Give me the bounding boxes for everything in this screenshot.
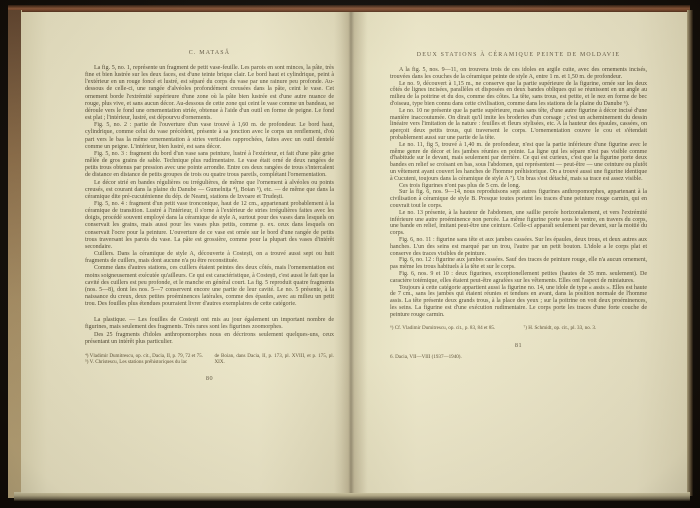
- right-page-footnotes: ⁶) Cf. Vladimir Dumitrescu, op. cit., p.…: [390, 325, 647, 331]
- paragraph: Le décor strié en bandes régulières ou i…: [85, 180, 334, 201]
- left-page-footnotes: ⁴) Vladimir Dumitrescu, op. cit., Dacia,…: [85, 353, 334, 365]
- running-header-right: DEUX STATIONS À CÉRAMIQUE PEINTE DE MOLD…: [390, 52, 647, 58]
- footnote: de Boian, dans Dacia, II, p. 173, pl. XV…: [215, 353, 335, 365]
- footnotes-column-2: ⁷) H. Schmidt, op. cit., pl. 33, no. 3.: [524, 325, 648, 331]
- left-page: C. MATASĂ La fig. 5, no. 1, représente u…: [21, 12, 350, 493]
- printer-signature: 6. Dacia, VII—VIII (1937—1940).: [390, 354, 647, 360]
- footnote: ⁷) H. Schmidt, op. cit., pl. 33, no. 3.: [524, 325, 648, 331]
- paragraph: Fig. 6, nos. 9 et 10 : deux figurines, e…: [390, 271, 647, 285]
- paragraph: Fig. 6, no. 11 : figurine sans tête et a…: [390, 237, 647, 257]
- right-page-content: DEUX STATIONS À CÉRAMIQUE PEINTE DE MOLD…: [390, 52, 647, 360]
- right-page: DEUX STATIONS À CÉRAMIQUE PEINTE DE MOLD…: [350, 12, 687, 493]
- book-cover-left-edge: [8, 10, 22, 498]
- paragraph: Toujours à cette catégorie appartient au…: [390, 285, 647, 319]
- paragraph: A la fig. 5, nos. 9—11, on trouvera troi…: [390, 67, 647, 81]
- paragraph: Des 25 fragments d'idoles anthropomorphe…: [85, 332, 334, 346]
- paragraph: Fig. 5, no. 2 : partie de l'ouverture d'…: [85, 122, 334, 151]
- paragraph: Fig. 5, no. 3 : fragment du bord d'un va…: [85, 151, 334, 180]
- footnote: ⁶) Cf. Vladimir Dumitrescu, op. cit., p.…: [390, 325, 514, 331]
- left-page-content: C. MATASĂ La fig. 5, no. 1, représente u…: [85, 50, 334, 382]
- paragraph: Fig. 6, no. 12 : figurine aux jambes cas…: [390, 257, 647, 271]
- running-header-left: C. MATASĂ: [85, 50, 334, 56]
- right-page-body: A la fig. 5, nos. 9—11, on trouvera troi…: [390, 67, 647, 318]
- page-block-right-edge: [687, 10, 693, 496]
- paragraph: Le no. 10 ne présente que la partie supé…: [390, 108, 647, 142]
- page-block-bottom-edge: [14, 492, 690, 501]
- page-number-left: 80: [85, 375, 334, 382]
- left-page-plastique-section: La plastique. — Les fouilles de Costești…: [85, 317, 334, 346]
- footnotes-column-1: ⁶) Cf. Vladimir Dumitrescu, op. cit., p.…: [390, 325, 514, 331]
- paragraph: Fig. 5, no. 4 : fragment d'un petit vase…: [85, 201, 334, 251]
- footnote: ⁵) V. Christescu, Les stations préhistor…: [85, 359, 205, 365]
- paragraph: Le no. 9, découvert à 1,15 m., ne conser…: [390, 81, 647, 108]
- paragraph: Le no. 11, fig 5, trouvé à 1,40 m. de pr…: [390, 142, 647, 183]
- paragraph: Sur la fig. 6, nos. 9—14, nous reproduis…: [390, 189, 647, 209]
- paragraph: La plastique. — Les fouilles de Costești…: [85, 317, 334, 331]
- paragraph: Cuillers. Dans la céramique de style A, …: [85, 251, 334, 265]
- page-number-right: 81: [390, 342, 647, 349]
- paragraph: Comme dans d'autres stations, ces cuille…: [85, 265, 334, 308]
- footnotes-column-1: ⁴) Vladimir Dumitrescu, op. cit., Dacia,…: [85, 353, 205, 365]
- paragraph: Le no. 13 présente, à la hauteur de l'ab…: [390, 210, 647, 237]
- footnotes-column-2: de Boian, dans Dacia, II, p. 173, pl. XV…: [215, 353, 335, 365]
- book-photo: C. MATASĂ La fig. 5, no. 1, représente u…: [0, 0, 700, 508]
- left-page-body: La fig. 5, no. 1, représente un fragment…: [85, 65, 334, 308]
- paragraph: La fig. 5, no. 1, représente un fragment…: [85, 65, 334, 122]
